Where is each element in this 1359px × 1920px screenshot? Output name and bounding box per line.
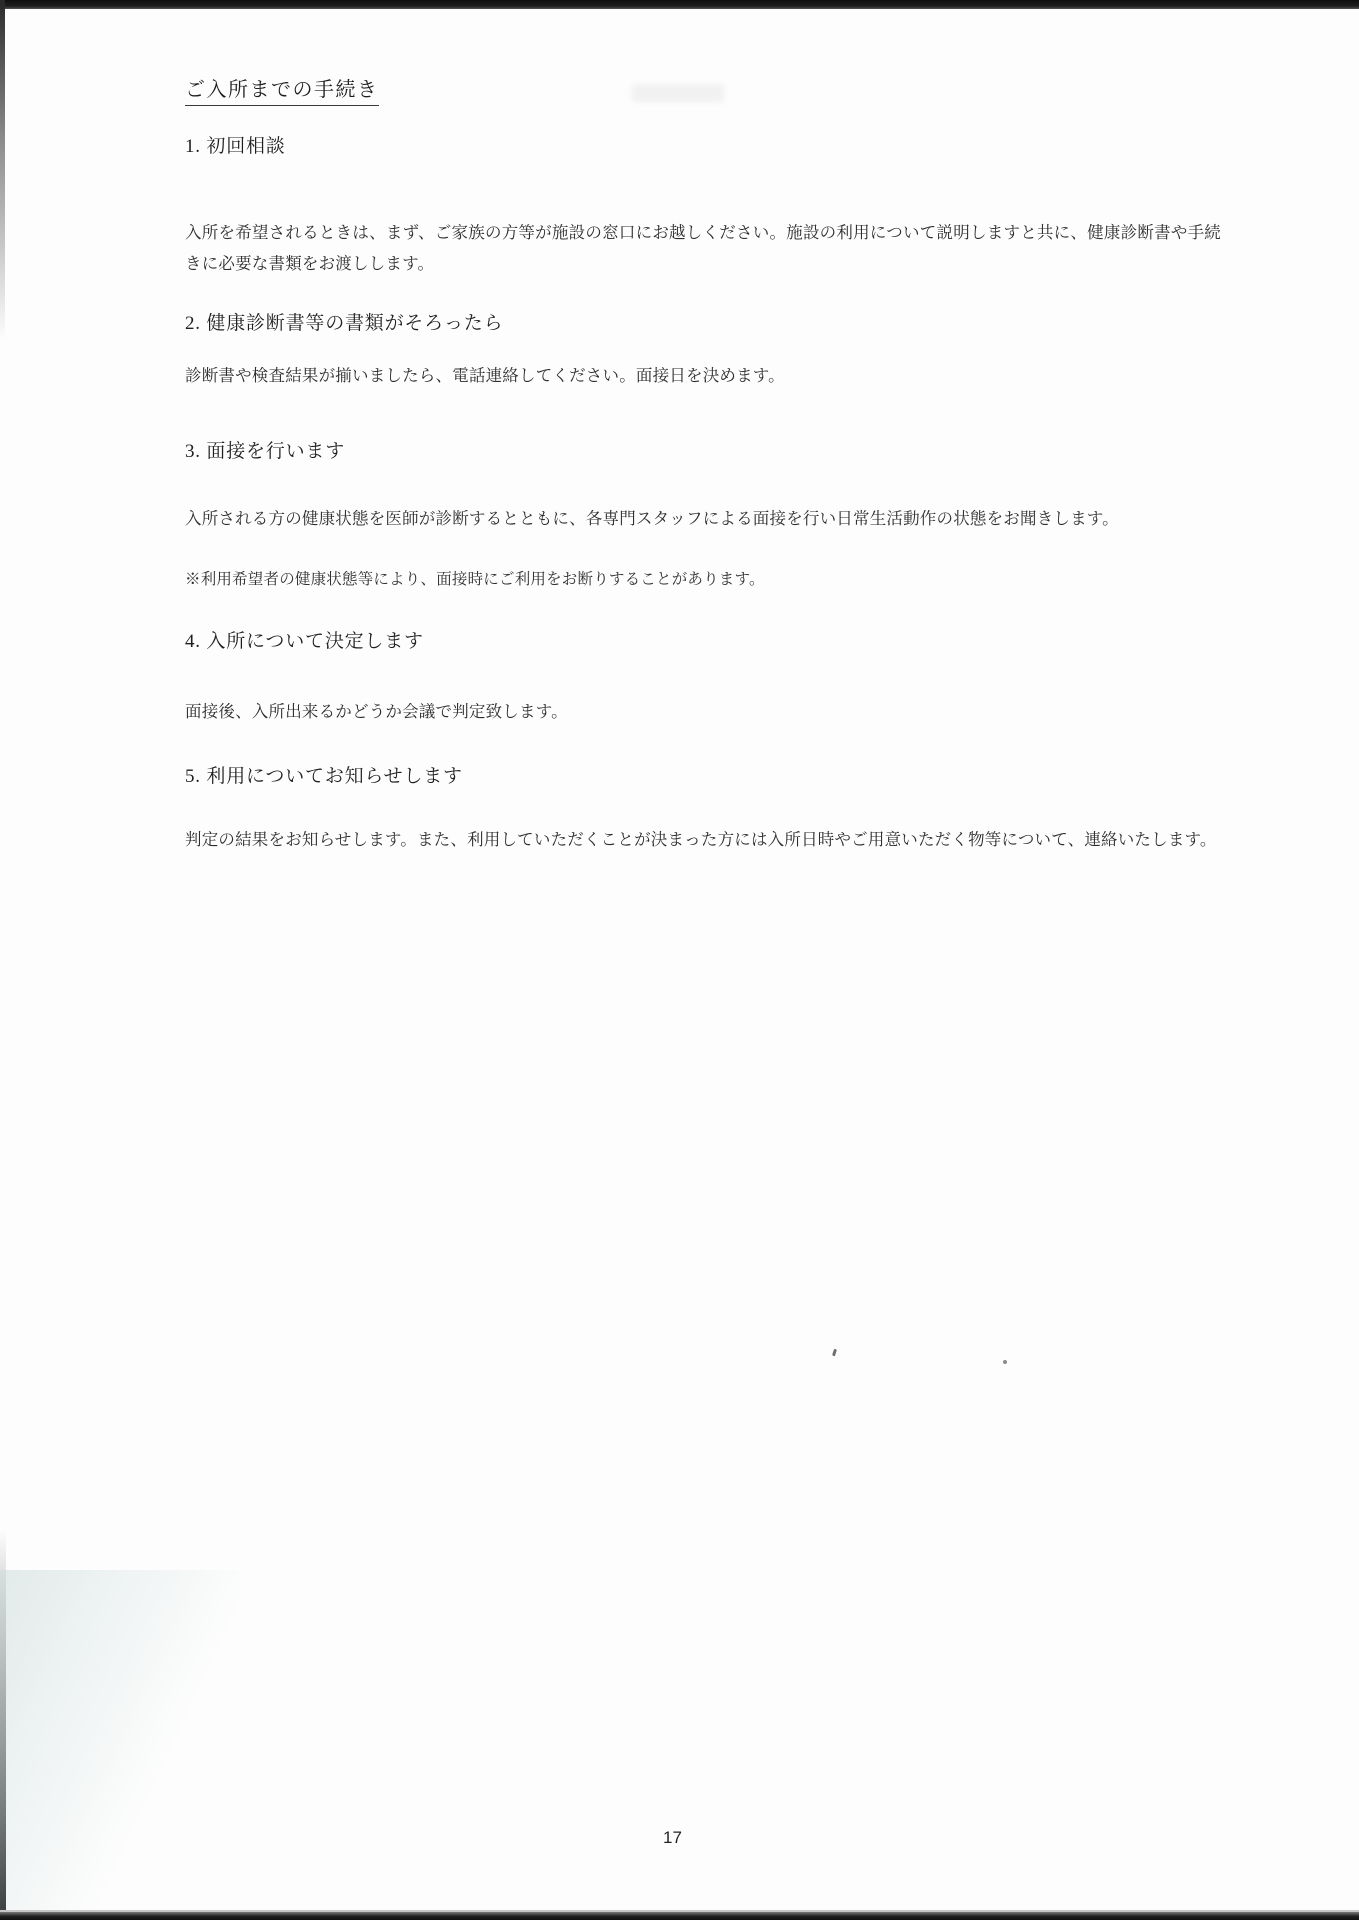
scan-speck (1003, 1360, 1007, 1364)
step-2-heading: 2. 健康診断書等の書類がそろったら (185, 308, 503, 335)
scan-ghost-smudge (632, 84, 724, 102)
scan-bottom-edge (0, 1912, 1359, 1920)
step-5-heading: 5. 利用についてお知らせします (185, 761, 463, 788)
scanned-document-page: ご入所までの手続き 1. 初回相談 入所を希望されるときは、まず、ご家族の方等が… (0, 0, 1359, 1920)
page-number: 17 (0, 1828, 1345, 1848)
step-4-body: 面接後、入所出来るかどうか会議で判定致します。 (185, 696, 1221, 727)
scan-speck (832, 1349, 837, 1357)
step-4-heading: 4. 入所について決定します (185, 626, 424, 653)
step-1-heading: 1. 初回相談 (185, 131, 286, 158)
step-5-body: 判定の結果をお知らせします。また、利用していただくことが決まった方には入所日時や… (185, 824, 1221, 855)
step-1-body: 入所を希望されるときは、まず、ご家族の方等が施設の窓口にお越しください。施設の利… (185, 217, 1221, 279)
scan-corner-shading (0, 1570, 240, 1910)
step-3-note: ※利用希望者の健康状態等により、面接時にご利用をお断りすることがあります。 (185, 566, 1221, 593)
document-title: ご入所までの手続き (185, 73, 379, 106)
scan-left-edge-top (0, 0, 5, 340)
step-3-heading: 3. 面接を行います (185, 436, 345, 463)
scan-top-edge (0, 0, 1359, 9)
step-2-body: 診断書や検査結果が揃いましたら、電話連絡してください。面接日を決めます。 (185, 360, 1221, 391)
scan-left-edge-bottom (0, 1530, 6, 1920)
step-3-body: 入所される方の健康状態を医師が診断するとともに、各専門スタッフによる面接を行い日… (185, 503, 1221, 534)
